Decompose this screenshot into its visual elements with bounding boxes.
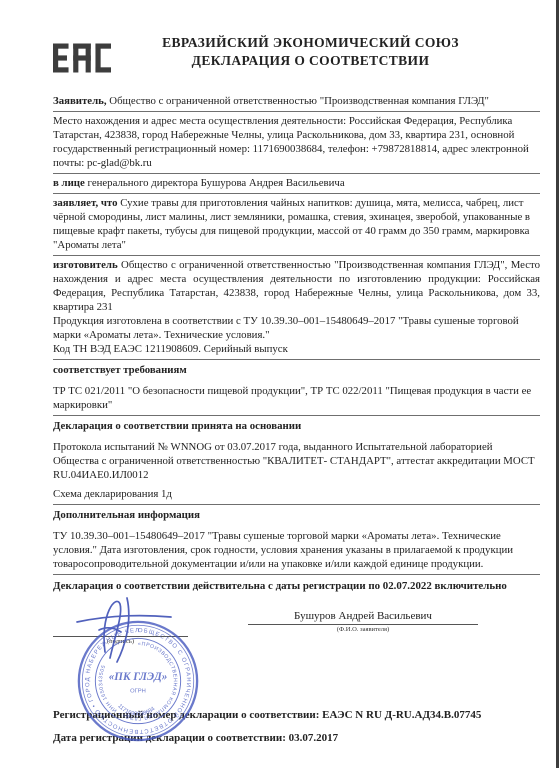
registration-number-label: Регистрационный номер декларации о соотв… bbox=[53, 709, 319, 721]
manufacturer-label: изготовитель bbox=[53, 259, 118, 271]
document-title: ДЕКЛАРАЦИЯ О СООТВЕТСТВИИ bbox=[111, 52, 510, 70]
applicant-value: Общество с ограниченной ответственностью… bbox=[109, 95, 489, 107]
declaration-document: ЕВРАЗИЙСКИЙ ЭКОНОМИЧЕСКИЙ СОЮЗ ДЕКЛАРАЦИ… bbox=[53, 24, 540, 754]
complies-value: ТР ТС 021/2011 "О безопасности пищевой п… bbox=[53, 382, 540, 416]
applicant-address: Место нахождения и адрес места осуществл… bbox=[53, 112, 540, 174]
stamp-ogrn-label: ОГРН bbox=[130, 689, 146, 695]
signature-left-column: (подпись) bbox=[53, 610, 188, 645]
manufacturer-row: изготовитель Общество с ограниченной отв… bbox=[53, 258, 540, 314]
applicant-label: Заявитель, bbox=[53, 95, 107, 107]
fio-caption: (Ф.И.О. заявителя) bbox=[248, 625, 478, 633]
additional-value: ТУ 10.39.30–001–15480649–2017 "Травы суш… bbox=[53, 527, 540, 575]
declares-value: Сухие травы для приготовления чайных нап… bbox=[53, 197, 530, 251]
declares-row: заявляет, что Сухие травы для приготовле… bbox=[53, 194, 540, 256]
represented-label: в лице bbox=[53, 177, 85, 189]
additional-heading: Дополнительная информация bbox=[53, 505, 540, 523]
applicant-row: Заявитель, Общество с ограниченной ответ… bbox=[53, 92, 540, 112]
union-title: ЕВРАЗИЙСКИЙ ЭКОНОМИЧЕСКИЙ СОЮЗ bbox=[111, 34, 510, 52]
registration-date-label: Дата регистрации декларации о соответств… bbox=[53, 732, 286, 744]
registration-number-value: ЕАЭС N RU Д-RU.АД34.В.07745 bbox=[322, 709, 481, 721]
tnved-row: Код ТН ВЭД ЕАЭС 1211908609. Серийный вып… bbox=[53, 342, 540, 356]
manufacturer-block: изготовитель Общество с ограниченной отв… bbox=[53, 256, 540, 360]
declares-label: заявляет, что bbox=[53, 197, 118, 209]
manufacturer-value: Общество с ограниченной ответственностью… bbox=[53, 259, 540, 313]
signature-right-column: Бушуров Андрей Васильевич (Ф.И.О. заявит… bbox=[248, 610, 478, 633]
applicant-fio: Бушуров Андрей Васильевич bbox=[248, 610, 478, 624]
signature-caption: (подпись) bbox=[53, 637, 188, 645]
stamp-center-name: «ПК ГЛЭД» bbox=[109, 671, 168, 683]
registration-date-value: 03.07.2017 bbox=[289, 732, 339, 744]
signature-line bbox=[53, 610, 188, 637]
made-according-row: Продукция изготовлена в соответствии с Т… bbox=[53, 314, 540, 342]
document-titles: ЕВРАЗИЙСКИЙ ЭКОНОМИЧЕСКИЙ СОЮЗ ДЕКЛАРАЦИ… bbox=[111, 24, 540, 70]
signature-area: (подпись) bbox=[53, 610, 540, 662]
basis-value: Протокола испытаний № WNNOG от 03.07.201… bbox=[53, 438, 540, 485]
validity-row: Декларация о соответствии действительна … bbox=[53, 575, 540, 596]
registration-number-row: Регистрационный номер декларации о соотв… bbox=[53, 708, 540, 723]
registration-date-row: Дата регистрации декларации о соответств… bbox=[53, 731, 540, 746]
complies-heading: соответствует требованиям bbox=[53, 360, 540, 378]
registration-block: Регистрационный номер декларации о соотв… bbox=[53, 708, 540, 746]
scheme-row: Схема декларирования 1д bbox=[53, 485, 540, 505]
eac-mark-icon bbox=[53, 30, 111, 86]
scanned-declaration-page: { "header": { "logo": "EAC", "union_titl… bbox=[0, 0, 559, 768]
document-header: ЕВРАЗИЙСКИЙ ЭКОНОМИЧЕСКИЙ СОЮЗ ДЕКЛАРАЦИ… bbox=[53, 24, 540, 86]
basis-heading: Декларация о соответствии принята на осн… bbox=[53, 416, 540, 434]
represented-row: в лице генерального директора Бушурова А… bbox=[53, 174, 540, 194]
represented-value: генерального директора Бушурова Андрея В… bbox=[88, 177, 345, 189]
